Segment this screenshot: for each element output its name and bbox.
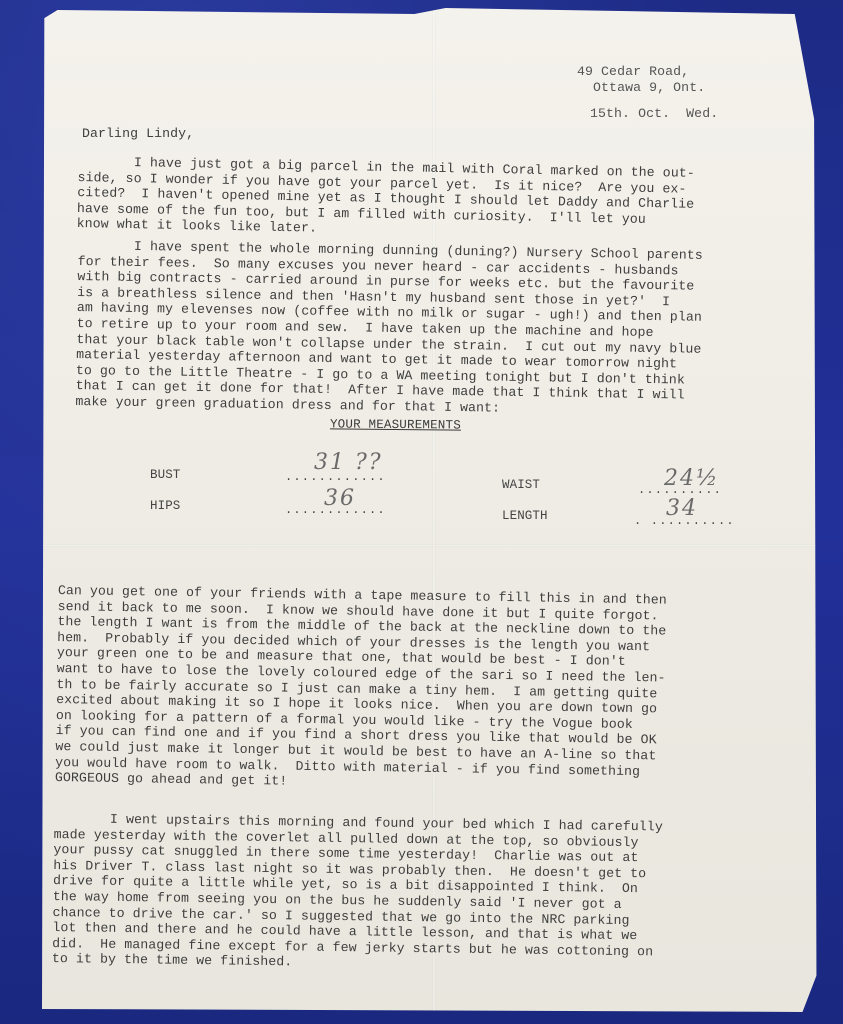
paragraph-upstairs: I went upstairs this morning and found y… [52,811,663,975]
bust-value: 31 ?? [314,450,383,475]
paper-fold-horizontal [42,544,818,547]
salutation: Darling Lindy, [82,126,194,142]
measurements-title: YOUR MEASUREMENTS [330,417,461,434]
letter-page: 49 Cedar Road, Ottawa 9, Ont. 15th. Oct.… [42,8,818,1016]
address-line-1: 49 Cedar Road, [577,64,689,79]
length-label: LENGTH [502,509,548,525]
paragraph-morning: I have spent the whole morning dunning (… [75,238,703,419]
waist-value: 24½ [664,466,719,491]
hips-label: HIPS [150,499,180,515]
address-line-2: Ottawa 9, Ont. [577,80,705,95]
waist-label: WAIST [502,478,540,494]
sender-address: 49 Cedar Road, Ottawa 9, Ont. [577,64,705,95]
paragraph-parcel: I have just got a big parcel in the mail… [77,154,695,244]
paragraph-tape-measure: Can you get one of your friends with a t… [55,583,667,795]
bust-label: BUST [150,468,180,484]
letter-date: 15th. Oct. Wed. [590,106,718,122]
length-value: 34 [666,496,698,521]
hips-value: 36 [324,486,356,511]
